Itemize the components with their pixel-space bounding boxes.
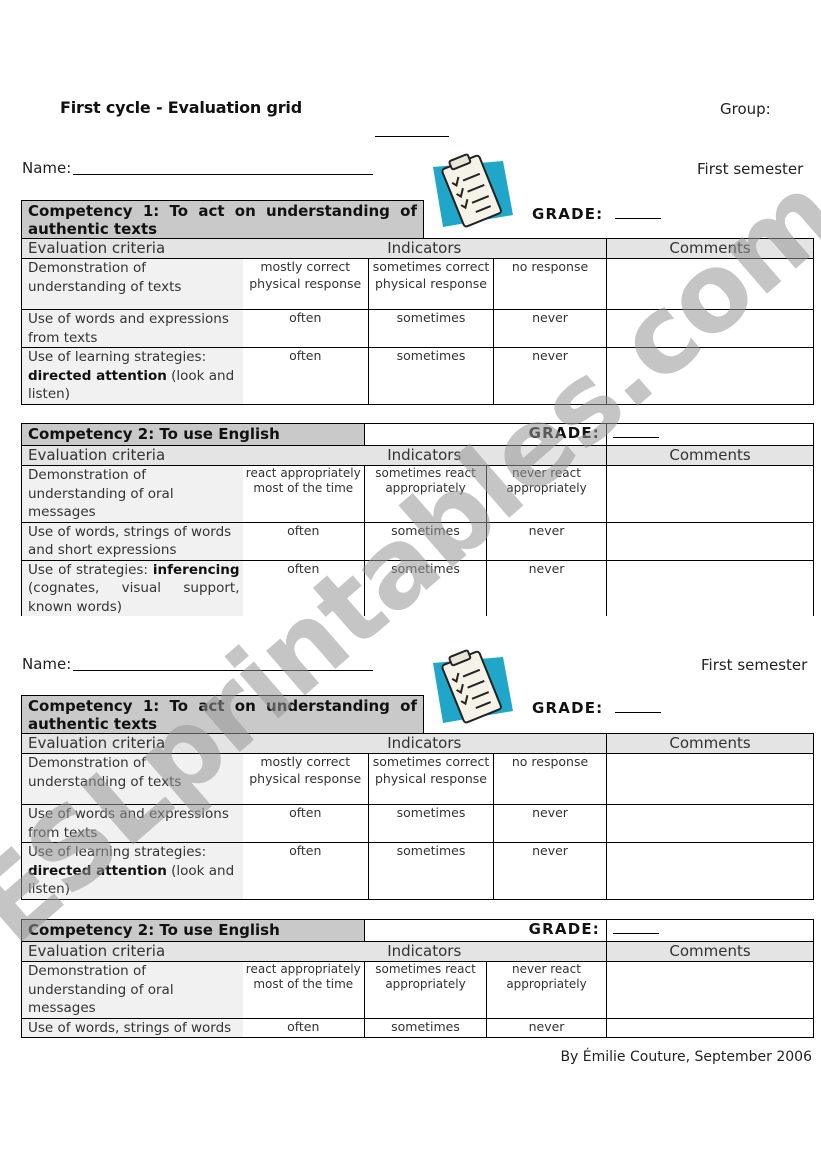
indicators-header: Indicators [243, 239, 607, 259]
comment-cell[interactable] [607, 560, 814, 616]
competency1-table: Competency 1: To act on understanding of… [21, 200, 813, 405]
comment-cell[interactable] [607, 843, 814, 900]
semester-label: First semester [701, 656, 807, 674]
grade-label: GRADE: [365, 424, 607, 446]
criteria-header: Evaluation criteria [22, 239, 243, 259]
comments-header: Comments [607, 734, 814, 754]
indicator-cell: never [494, 310, 607, 348]
indicator-cell: sometimes [365, 522, 487, 560]
comment-cell[interactable] [607, 522, 814, 560]
name-field[interactable]: Name: [22, 159, 373, 177]
criteria-header: Evaluation criteria [22, 942, 243, 962]
name-label: Name: [22, 655, 71, 673]
criteria-cell: Demonstration of understanding of oral m… [22, 466, 243, 523]
indicator-cell: sometimes [365, 560, 487, 616]
comment-cell[interactable] [607, 466, 814, 523]
criteria-strategy: directed attention [28, 863, 167, 879]
indicator-cell: often [243, 1018, 365, 1038]
criteria-cell: Demonstration of understanding of oral m… [22, 962, 243, 1019]
criteria-strategy: directed attention [28, 368, 167, 384]
criteria-cell: Demonstration of understanding of texts [22, 754, 243, 805]
indicator-cell: sometimes [369, 310, 494, 348]
indicator-cell: never react appropriately [487, 466, 607, 523]
indicator-cell: never [487, 522, 607, 560]
criteria-text: Use of learning strategies: [28, 349, 206, 365]
name-blank-line[interactable] [73, 174, 373, 175]
indicator-cell: react appropriately most of the time [243, 466, 365, 523]
criteria-header: Evaluation criteria [22, 734, 243, 754]
indicator-cell: never [487, 560, 607, 616]
grade-field[interactable] [607, 424, 814, 446]
indicator-cell: sometimes react appropriately [365, 962, 487, 1019]
comment-cell[interactable] [607, 1018, 814, 1038]
grade-blank-line[interactable] [613, 424, 659, 438]
comment-cell[interactable] [607, 259, 814, 310]
grade-blank-line[interactable] [613, 920, 659, 934]
indicator-cell: often [243, 348, 369, 405]
indicator-cell: no response [494, 259, 607, 310]
group-label: Group: [720, 100, 771, 118]
comments-header: Comments [607, 446, 814, 466]
grade-label: GRADE: [365, 920, 607, 942]
comment-cell[interactable] [607, 310, 814, 348]
competency-title: Competency 2: To use English [22, 920, 365, 942]
criteria-cell: Use of words and expressions from texts [22, 310, 243, 348]
indicators-header: Indicators [243, 734, 607, 754]
author-credit: By Émilie Couture, September 2006 [560, 1049, 812, 1065]
indicators-header: Indicators [243, 942, 607, 962]
indicator-cell: never [494, 348, 607, 405]
indicator-cell: never [494, 843, 607, 900]
criteria-cell: Use of learning strategies: directed att… [22, 843, 243, 900]
indicator-cell: mostly correct physical response [243, 754, 369, 805]
competency-title: Competency 2: To use English [22, 424, 365, 446]
indicator-cell: sometimes [365, 1018, 487, 1038]
indicator-cell: mostly correct physical response [243, 259, 369, 310]
table-row: Demonstration of understanding of oral m… [22, 466, 814, 523]
criteria-cell: Demonstration of understanding of texts [22, 259, 243, 310]
indicator-cell: sometimes correct physical response [369, 754, 494, 805]
competency2-table: Competency 2: To use English GRADE: Eval… [21, 423, 813, 616]
competency-title: Competency 1: To act on understanding of… [21, 200, 424, 238]
indicator-cell: never react appropriately [487, 962, 607, 1019]
criteria-cell: Use of words and expressions from texts [22, 805, 243, 843]
criteria-strategy: inferencing [153, 562, 240, 578]
competency2-table: Competency 2: To use English GRADE: Eval… [21, 919, 813, 1038]
indicator-cell: often [243, 805, 369, 843]
indicator-cell: never [494, 805, 607, 843]
criteria-text: Use of strategies: [28, 562, 148, 578]
table-row: Use of words, strings of words often som… [22, 1018, 814, 1038]
table-row: Demonstration of understanding of texts … [22, 259, 814, 310]
semester-label: First semester [697, 160, 803, 178]
criteria-cell: Use of words, strings of words [22, 1018, 243, 1038]
indicator-cell: no response [494, 754, 607, 805]
name-field[interactable]: Name: [22, 655, 373, 673]
indicator-cell: sometimes [369, 843, 494, 900]
comment-cell[interactable] [607, 754, 814, 805]
table-row: Demonstration of understanding of oral m… [22, 962, 814, 1019]
comments-header: Comments [607, 239, 814, 259]
criteria-cell: Use of strategies: inferencing (cognates… [22, 560, 243, 616]
indicator-cell: often [243, 310, 369, 348]
indicator-cell: often [243, 522, 365, 560]
comment-cell[interactable] [607, 805, 814, 843]
table-row: Use of strategies: inferencing (cognates… [22, 560, 814, 616]
name-label: Name: [22, 159, 71, 177]
criteria-header: Evaluation criteria [22, 446, 243, 466]
document-title: First cycle - Evaluation grid [60, 98, 302, 117]
indicator-cell: sometimes correct physical response [369, 259, 494, 310]
table-row: Use of words, strings of words and short… [22, 522, 814, 560]
table-row: Demonstration of understanding of texts … [22, 754, 814, 805]
comment-cell[interactable] [607, 348, 814, 405]
indicator-cell: sometimes [369, 348, 494, 405]
criteria-cell: Use of words, strings of words and short… [22, 522, 243, 560]
competency-title: Competency 1: To act on understanding of… [21, 695, 424, 733]
indicator-cell: react appropriately most of the time [243, 962, 365, 1019]
competency1-table: Competency 1: To act on understanding of… [21, 695, 813, 900]
comments-header: Comments [607, 942, 814, 962]
indicator-cell: often [243, 560, 365, 616]
criteria-cell: Use of learning strategies: directed att… [22, 348, 243, 405]
group-blank-line[interactable] [375, 136, 449, 137]
table-row: Use of learning strategies: directed att… [22, 348, 814, 405]
table-row: Use of learning strategies: directed att… [22, 843, 814, 900]
indicator-cell: sometimes [369, 805, 494, 843]
name-blank-line[interactable] [73, 670, 373, 671]
table-row: Use of words and expressions from texts … [22, 805, 814, 843]
indicators-header: Indicators [243, 446, 607, 466]
indicator-cell: often [243, 843, 369, 900]
comment-cell[interactable] [607, 962, 814, 1019]
criteria-text: Use of learning strategies: [28, 844, 206, 860]
grade-field[interactable] [607, 920, 814, 942]
indicator-cell: sometimes react appropriately [365, 466, 487, 523]
table-row: Use of words and expressions from texts … [22, 310, 814, 348]
indicator-cell: never [487, 1018, 607, 1038]
criteria-text: (cognates, visual support, known words) [28, 580, 240, 615]
